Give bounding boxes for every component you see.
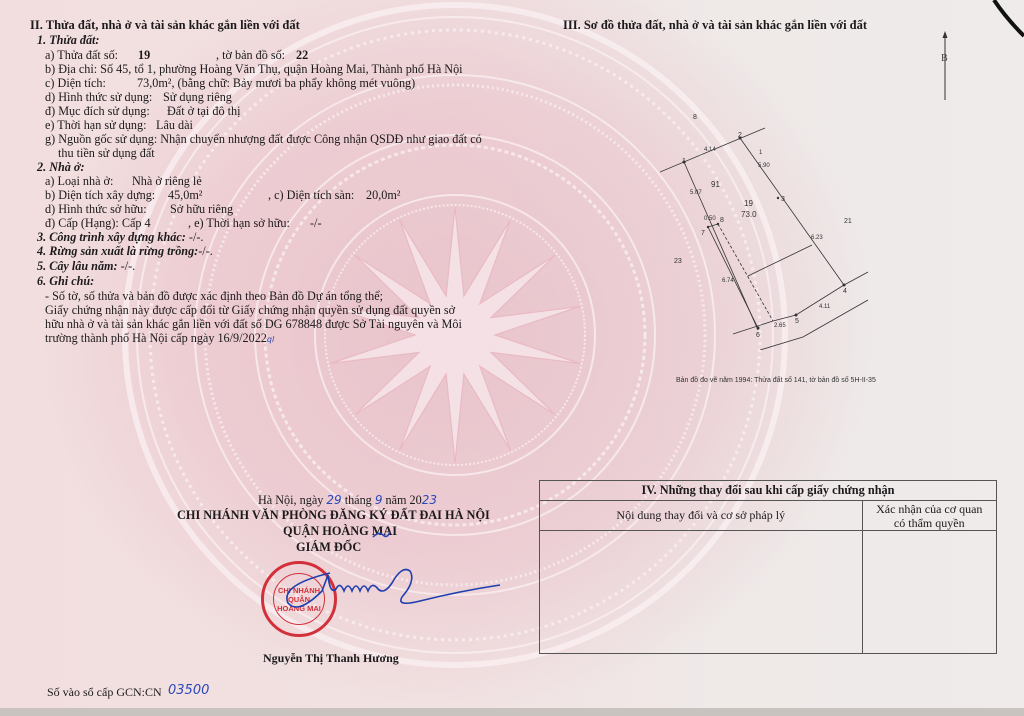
notes-line4-text: trường thành phố Hà Nội cấp ngày 16/9/20… bbox=[45, 331, 267, 345]
map-sheet-value: 22 bbox=[296, 48, 308, 62]
signature-scribble bbox=[270, 555, 510, 625]
edge-5-6: 2.65 bbox=[774, 323, 786, 329]
item3-line: 3. Công trình xây dựng khác: -/-. bbox=[37, 230, 203, 244]
usage-purpose-label: đ) Mục đích sử dụng: bbox=[45, 104, 150, 118]
neighbor-23: 23 bbox=[674, 258, 682, 265]
point-1: 1 bbox=[682, 158, 686, 165]
floor-area-value: 20,0m² bbox=[366, 188, 400, 202]
edge-3-4: 6.23 bbox=[811, 235, 823, 241]
date-prefix: Hà Nội, ngày bbox=[258, 493, 323, 507]
changes-table: IV. Những thay đổi sau khi cấp giấy chứn… bbox=[539, 480, 997, 654]
authority-cell bbox=[862, 531, 996, 654]
inner-label: 91 bbox=[711, 180, 720, 189]
edge-1-8: 5.07 bbox=[690, 190, 702, 196]
usage-term-label: e) Thời hạn sử dụng: bbox=[45, 118, 147, 132]
signer-name: Nguyễn Thị Thanh Hương bbox=[263, 651, 399, 665]
col-change-content: Nội dung thay đổi và cơ sở pháp lý bbox=[540, 501, 863, 531]
area-value: 73,0m², (bằng chữ: Bảy mươi ba phẩy khôn… bbox=[137, 76, 415, 90]
ownership-term-value: -/- bbox=[310, 216, 322, 230]
parcel-diagram bbox=[660, 110, 880, 350]
origin-line1: g) Nguồn gốc sử dụng: Nhận chuyển nhượng… bbox=[45, 132, 482, 146]
change-content-cell bbox=[540, 531, 863, 654]
parcel-number-value: 19 bbox=[138, 48, 150, 62]
cable-artifact bbox=[990, 0, 1024, 40]
usage-term-value: Lâu dài bbox=[156, 118, 193, 132]
item5-label: 5. Cây lâu năm: bbox=[37, 259, 118, 273]
point-6: 6 bbox=[756, 332, 760, 339]
ownership-form-label: d) Hình thức sở hữu: bbox=[45, 202, 147, 216]
section4-title: IV. Những thay đổi sau khi cấp giấy chứn… bbox=[540, 481, 997, 501]
house-type-value: Nhà ở riêng lẻ bbox=[132, 174, 202, 188]
north-label: B bbox=[941, 52, 948, 66]
north-arrow-icon bbox=[938, 30, 952, 102]
parcel-number: 19 bbox=[744, 199, 753, 208]
usage-purpose-value: Đất ở tại đô thị bbox=[167, 104, 240, 118]
area-label: c) Diện tích: bbox=[45, 76, 106, 90]
item5-value: -/-. bbox=[118, 259, 136, 273]
build-area-value: 45,0m² bbox=[168, 188, 202, 202]
position-title: GIÁM ĐỐC bbox=[296, 540, 361, 554]
parcel-number-label: a) Thửa đất số: bbox=[45, 48, 118, 62]
house-heading: 2. Nhà ở: bbox=[37, 160, 85, 174]
neighbor-21: 21 bbox=[844, 218, 852, 225]
floor-area-label: , c) Diện tích sàn: bbox=[268, 188, 354, 202]
point-5: 5 bbox=[795, 318, 799, 325]
issue-date: Hà Nội, ngày 29 tháng 9 năm 2023 bbox=[258, 493, 437, 507]
edge-2-3: 5.90 bbox=[758, 163, 770, 169]
register-number: 03500 bbox=[168, 684, 209, 698]
notes-heading: 6. Ghi chú: bbox=[37, 274, 94, 288]
edge-1-2: 4.14 bbox=[704, 147, 716, 153]
notes-line1: - Số tờ, số thửa và bản đồ được xác định… bbox=[45, 289, 383, 303]
register-label: Số vào sổ cấp GCN:CN bbox=[47, 685, 162, 699]
handwritten-initial: ql bbox=[267, 335, 274, 344]
month-label: tháng bbox=[345, 493, 372, 507]
usage-form-value: Sử dụng riêng bbox=[163, 90, 232, 104]
point-4: 4 bbox=[843, 288, 847, 295]
notes-line4: trường thành phố Hà Nội cấp ngày 16/9/20… bbox=[45, 331, 274, 347]
neighbor-8: 8 bbox=[693, 114, 697, 121]
edge-7-8: 0.50 bbox=[704, 216, 716, 222]
col-authority-confirmation: Xác nhận của cơ quancó thẩm quyền bbox=[862, 501, 996, 531]
date-day: 29 bbox=[326, 493, 341, 507]
edge-4-5: 4.11 bbox=[819, 304, 830, 310]
col2-line1: Xác nhận của cơ quan bbox=[876, 502, 982, 516]
item4-line: 4. Rừng sản xuất là rừng trồng:-/-. bbox=[37, 244, 213, 258]
point-3: 3 bbox=[781, 196, 785, 203]
point-8: 8 bbox=[720, 217, 724, 224]
land-heading: 1. Thửa đất: bbox=[37, 33, 100, 47]
org-line1: CHI NHÁNH VĂN PHÒNG ĐĂNG KÝ ĐẤT ĐAI HÀ N… bbox=[177, 508, 490, 522]
year-label: năm 20 bbox=[386, 493, 422, 507]
date-month: 9 bbox=[375, 493, 383, 507]
map-caption: Bản đồ đo vẽ năm 1994: Thửa đất số 141, … bbox=[676, 377, 876, 384]
map-sheet-label: , tờ bản đồ số: bbox=[216, 48, 285, 62]
item3-label: 3. Công trình xây dựng khác: bbox=[37, 230, 186, 244]
item4-value: -/-. bbox=[198, 244, 213, 258]
item3-value: -/-. bbox=[186, 230, 204, 244]
parcel-area: 73.0 bbox=[741, 210, 757, 219]
section3-title: III. Sơ đồ thửa đất, nhà ở và tài sản kh… bbox=[563, 18, 867, 32]
address-line: b) Địa chỉ: Số 45, tổ 1, phường Hoàng Vă… bbox=[45, 62, 463, 76]
col2-line2: có thẩm quyền bbox=[894, 516, 965, 530]
point-7: 7 bbox=[701, 230, 705, 237]
ownership-form-value: Sở hữu riêng bbox=[170, 202, 233, 216]
edge-6-7: 6.74 bbox=[722, 278, 734, 284]
notes-line3: hữu nhà ở và tài sản khác gắn liền với đ… bbox=[45, 317, 462, 331]
usage-form-label: d) Hình thức sử dụng: bbox=[45, 90, 152, 104]
house-type-label: a) Loại nhà ở: bbox=[45, 174, 113, 188]
item4-label: 4. Rừng sản xuất là rừng trồng: bbox=[37, 244, 198, 258]
handwritten-mark bbox=[371, 528, 391, 540]
notes-line2: Giấy chứng nhận này được cấp đổi từ Giấy… bbox=[45, 303, 455, 317]
date-year: 23 bbox=[422, 493, 437, 507]
build-area-label: b) Diện tích xây dựng: bbox=[45, 188, 155, 202]
point-2: 2 bbox=[738, 132, 742, 139]
house-grade: đ) Cấp (Hạng): Cấp 4 bbox=[45, 216, 151, 230]
section2-title: II. Thửa đất, nhà ở và tài sản khác gắn … bbox=[30, 18, 300, 32]
item5-line: 5. Cây lâu năm: -/-. bbox=[37, 259, 135, 273]
ownership-term-label: , e) Thời hạn sở hữu: bbox=[188, 216, 290, 230]
small-mark: 1 bbox=[759, 150, 762, 156]
page-bottom-edge bbox=[0, 708, 1024, 716]
origin-line2: thu tiền sử dụng đất bbox=[58, 146, 155, 160]
